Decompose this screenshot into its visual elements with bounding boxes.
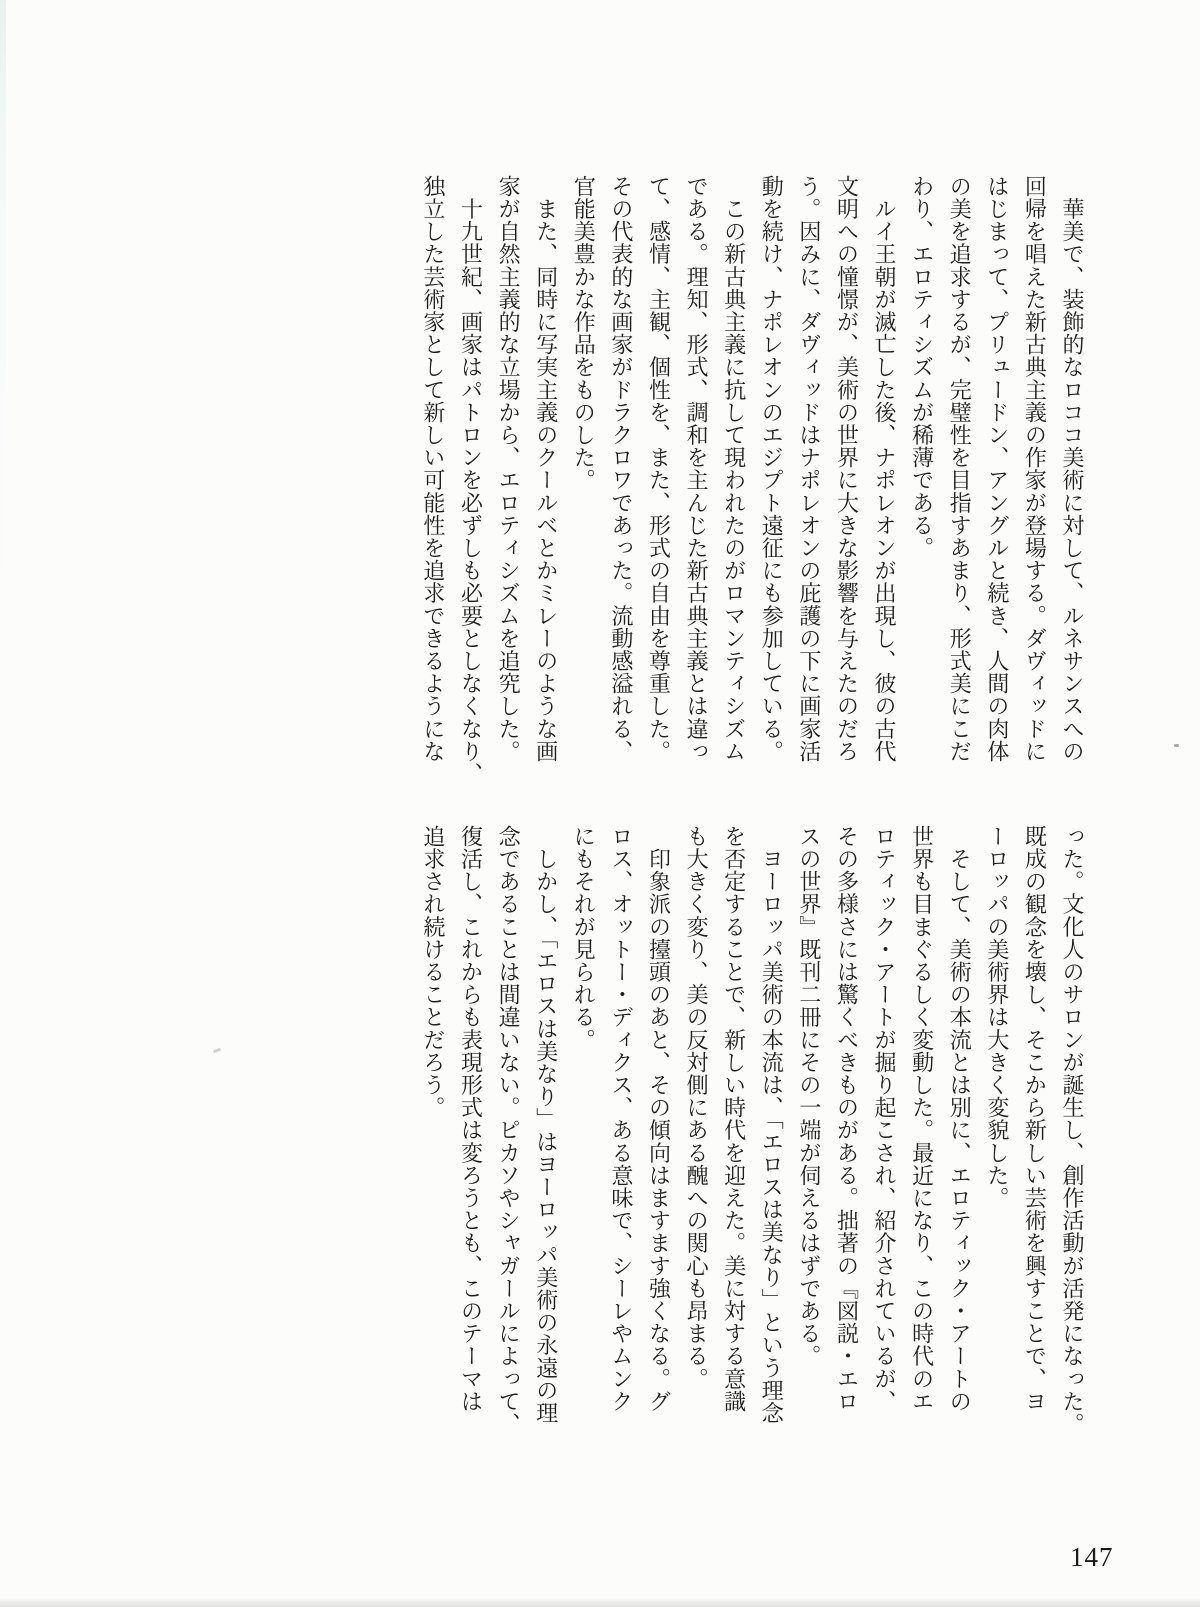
text-column: ヨーロッパ美術の本流は、「エロスは美なり」という理念 — [753, 825, 791, 1419]
text-column: 華美で、装飾的なロココ美術に対して、ルネサンスへの — [1053, 175, 1091, 759]
text-column: にもそれが見られる。 — [565, 825, 603, 1419]
text-column: 家が自然主義的な立場から、エロティシズムを追究した。 — [490, 175, 528, 759]
text-column: 復活し、これからも表現形式は変ろうとも、このテーマは — [452, 825, 490, 1419]
text-column: ルイ王朝が滅亡した後、ナポレオンが出現し、彼の古代 — [865, 175, 903, 759]
text-column: 文明への憧憬が、美術の世界に大きな影響を与えたのだろ — [828, 175, 866, 759]
text-column: 追求され続けることだろう。 — [414, 825, 452, 1419]
text-column: 回帰を唱えた新古典主義の作家が登場する。ダヴィッドに — [1016, 175, 1054, 759]
page-number: 147 — [1070, 1542, 1114, 1573]
text-column: を否定することで、新しい時代を迎えた。美に対する意識 — [715, 825, 753, 1419]
text-column: その多様さには驚くべきものがある。拙著の『図説・エロ — [828, 825, 866, 1419]
book-page: 華美で、装飾的なロココ美術に対して、ルネサンスへの回帰を唱えた新古典主義の作家が… — [0, 0, 1200, 1607]
text-column: 念であることは間違いない。ピカソやシャガールによって、 — [490, 825, 528, 1419]
text-column: はじまって、プリュードン、アングルと続き、人間の肉体 — [978, 175, 1016, 759]
bottom-text-block: った。文化人のサロンが誕生し、創作活動が活発になった。既成の観念を壊し、そこから… — [414, 825, 1091, 1419]
text-column: ロティック・アートが掘り起こされ、紹介されているが、 — [865, 825, 903, 1419]
text-column: ロス、オットー・ディクス、ある意味で、シーレやムンク — [602, 825, 640, 1419]
text-column: また、同時に写実主義のクールベとかミレーのような画 — [527, 175, 565, 759]
text-column: その代表的な画家がドラクロワであった。流動感溢れる、 — [602, 175, 640, 759]
text-column: 動を続け、ナポレオンのエジプト遠征にも参加している。 — [753, 175, 791, 759]
text-column: 十九世紀、画家はパトロンを必ずしも必要としなくなり、 — [452, 175, 490, 759]
text-column: った。文化人のサロンが誕生し、創作活動が活発になった。 — [1053, 825, 1091, 1419]
scan-speck — [213, 1048, 222, 1053]
text-column: 既成の観念を壊し、そこから新しい芸術を興すことで、ヨ — [1016, 825, 1054, 1419]
text-column: 印象派の擡頭のあと、その傾向はますます強くなる。グ — [640, 825, 678, 1419]
text-column: て、感情、主観、個性を、また、形式の自由を尊重した。 — [640, 175, 678, 759]
text-column: 世界も目まぐるしく変動した。最近になり、この時代のエ — [903, 825, 941, 1419]
scan-edge-artifact-left — [0, 0, 6, 700]
text-column: わり、エロティシズムが稀薄である。 — [903, 175, 941, 759]
text-column: である。理知、形式、調和を主んじた新古典主義とは違っ — [677, 175, 715, 759]
text-column: の美を追求するが、完璧性を目指すあまり、形式美にこだ — [941, 175, 979, 759]
text-column: そして、美術の本流とは別に、エロティック・アートの — [941, 825, 979, 1419]
text-column: う。因みに、ダヴィッドはナポレオンの庇護の下に画家活 — [790, 175, 828, 759]
text-column: も大きく変り、美の反対側にある醜への関心も昂まる。 — [677, 825, 715, 1419]
text-column: ーロッパの美術界は大きく変貌した。 — [978, 825, 1016, 1419]
text-column: スの世界』既刊二冊にその一端が伺えるはずである。 — [790, 825, 828, 1419]
text-column: しかし、「エロスは美なり」はヨーロッパ美術の永遠の理 — [527, 825, 565, 1419]
top-text-block: 華美で、装飾的なロココ美術に対して、ルネサンスへの回帰を唱えた新古典主義の作家が… — [414, 175, 1091, 759]
scan-speck — [1174, 744, 1179, 747]
scan-edge-artifact-bottom — [0, 1598, 1200, 1607]
text-column: 官能美豊かな作品をものした。 — [565, 175, 603, 759]
text-column: 独立した芸術家として新しい可能性を追求できるようにな — [414, 175, 452, 759]
text-column: この新古典主義に抗して現われたのがロマンティシズム — [715, 175, 753, 759]
